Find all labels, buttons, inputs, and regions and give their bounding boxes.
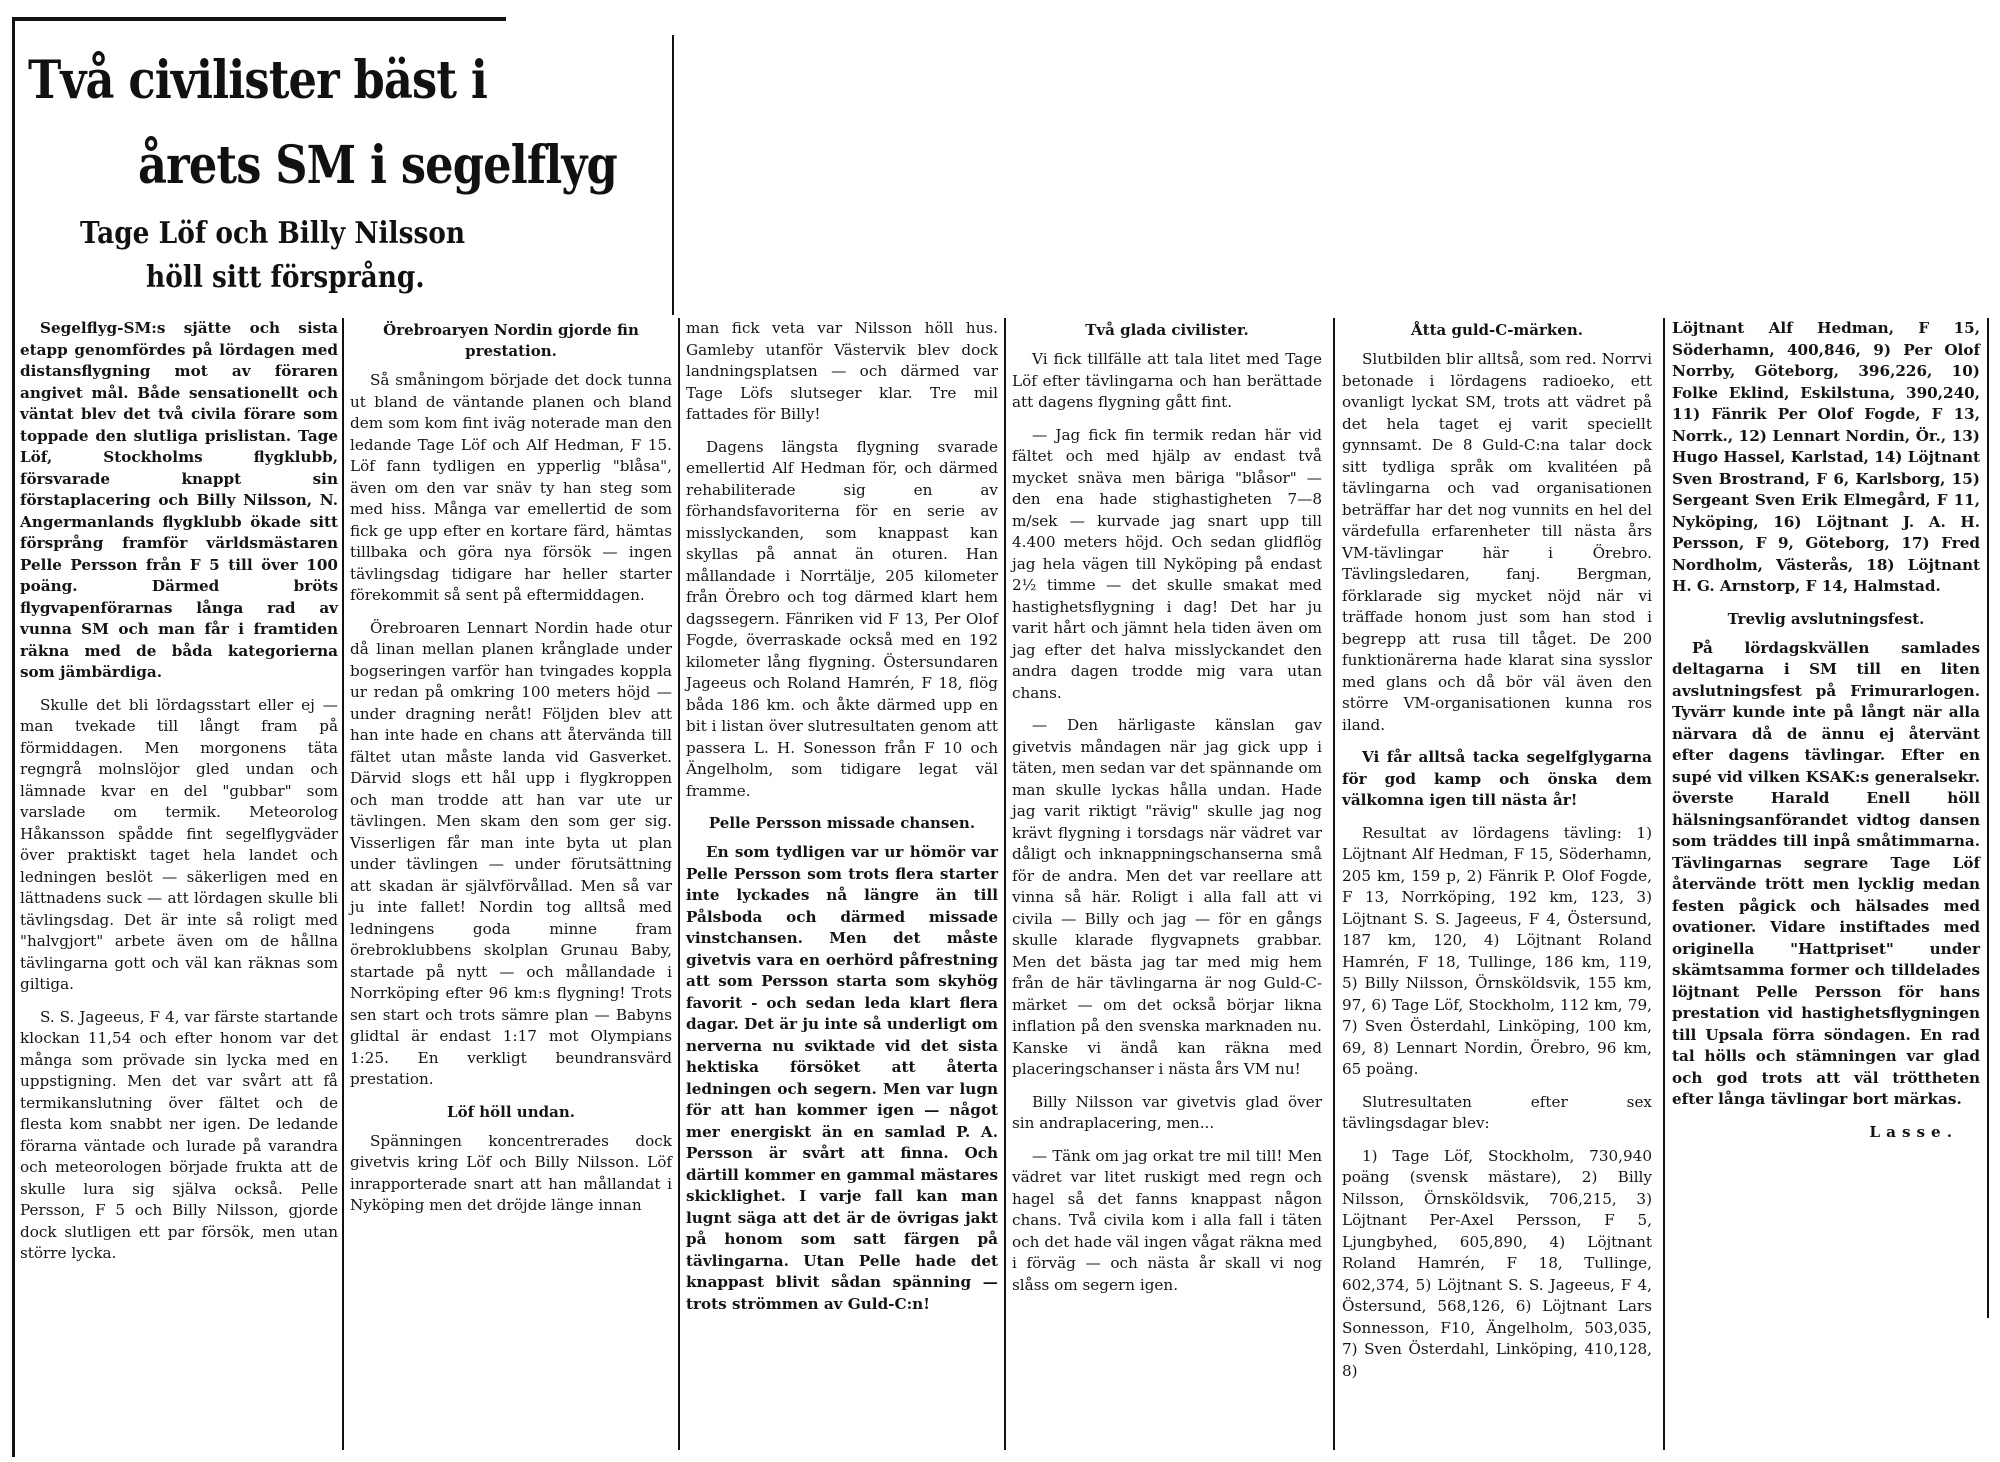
section-heading: Trevlig avslutningsfest.: [1672, 609, 1980, 630]
paragraph: Skulle det bli lördagsstart eller ej — m…: [20, 695, 338, 996]
column-rule-5: [1663, 318, 1665, 1450]
paragraph: En som tydligen var ur hömör var Pelle P…: [686, 842, 998, 1315]
column-rule-2: [678, 318, 680, 1450]
results-final-continued: Löjtnant Alf Hedman, F 15, Söderhamn, 40…: [1672, 318, 1980, 598]
left-border-rule: [12, 17, 15, 1457]
article-column-3: man fick veta var Nilsson höll hus. Gaml…: [686, 318, 998, 1326]
column-rule-6: [1987, 318, 1989, 1318]
column-rule-1: [342, 318, 344, 1450]
paragraph: man fick veta var Nilsson höll hus. Gaml…: [686, 318, 998, 426]
section-heading: Åtta guld-C-märken.: [1342, 320, 1652, 341]
paragraph: På lördagskvällen samlades deltagarna i …: [1672, 638, 1980, 1111]
headline-top-rule: [12, 17, 506, 21]
article-column-1: Segelflyg-SM:s sjätte och sista etapp ge…: [20, 318, 338, 1276]
section-heading: Pelle Persson missade chansen.: [686, 813, 998, 834]
article-column-4: Två glada civilister. Vi fick tillfälle …: [1012, 318, 1322, 1307]
paragraph: Örebroaren Lennart Nordin hade otur då l…: [350, 618, 672, 1091]
author-signature: Lasse.: [1672, 1122, 1958, 1144]
paragraph: Så småningom började det dock tunna ut b…: [350, 370, 672, 607]
paragraph: Vi får alltså tacka segelfglygarna för g…: [1342, 747, 1652, 812]
column-rule-3: [1004, 318, 1006, 1450]
article-column-6: Löjtnant Alf Hedman, F 15, Söderhamn, 40…: [1672, 318, 1980, 1143]
results-saturday: Resultat av lördagens tävling: 1) Löjtna…: [1342, 823, 1652, 1081]
results-final: 1) Tage Löf, Stockholm, 730,940 poäng (s…: [1342, 1146, 1652, 1383]
headline-line-2: årets SM i segelflyg: [138, 135, 617, 196]
headline-line-1: Två civilister bäst i: [28, 50, 487, 111]
subheadline-line-2: höll sitt försprång.: [146, 260, 425, 295]
section-heading: Örebroaryen Nordin gjorde fin prestation…: [350, 320, 672, 362]
quote-paragraph: — Tänk om jag orkat tre mil till! Men vä…: [1012, 1146, 1322, 1297]
paragraph: S. S. Jageeus, F 4, var färste startande…: [20, 1007, 338, 1265]
results-final-intro: Slutresultaten efter sex tävlingsdagar b…: [1342, 1092, 1652, 1135]
headline-right-rule: [672, 35, 674, 315]
paragraph: Spänningen koncentrerades dock givetvis …: [350, 1131, 672, 1217]
article-column-5: Åtta guld-C-märken. Slutbilden blir allt…: [1342, 318, 1652, 1393]
lead-paragraph: Segelflyg-SM:s sjätte och sista etapp ge…: [20, 318, 338, 684]
paragraph: Dagens längsta flygning svarade emellert…: [686, 437, 998, 803]
paragraph: Vi fick tillfälle att tala litet med Tag…: [1012, 349, 1322, 414]
section-heading: Två glada civilister.: [1012, 320, 1322, 341]
paragraph: Billy Nilsson var givetvis glad över sin…: [1012, 1092, 1322, 1135]
subheadline-line-1: Tage Löf och Billy Nilsson: [80, 216, 538, 251]
paragraph: Slutbilden blir alltså, som red. Norrvi …: [1342, 349, 1652, 736]
section-heading: Löf höll undan.: [350, 1102, 672, 1123]
quote-paragraph: — Den härligaste känslan gav givetvis må…: [1012, 715, 1322, 1081]
article-column-2: Örebroaryen Nordin gjorde fin prestation…: [350, 318, 672, 1228]
headline-box: Två civilister bäst i årets SM i segelfl…: [18, 30, 700, 310]
quote-paragraph: — Jag fick fin termik redan här vid fält…: [1012, 425, 1322, 705]
column-rule-4: [1333, 318, 1335, 1450]
